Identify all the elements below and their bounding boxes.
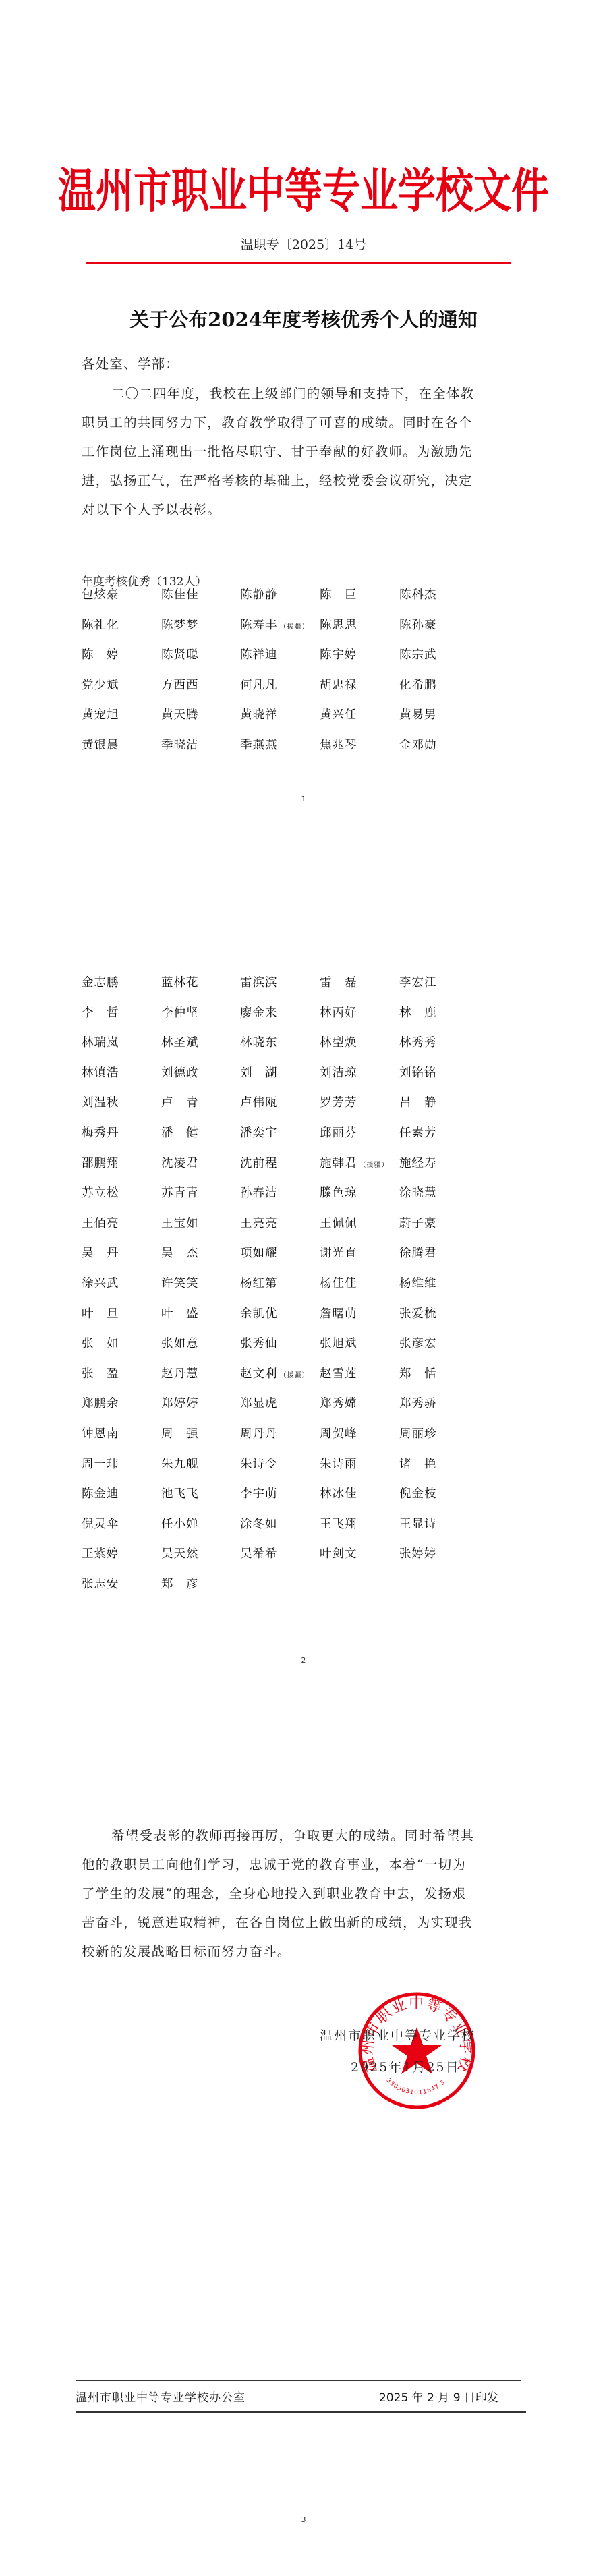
awardee-name: 金志鹏 [82,973,119,990]
page-number: 2 [0,1656,607,1665]
svg-text:3303031011647 3: 3303031011647 3 [385,2077,447,2096]
awardee-name: 邵鹏翔 [82,1154,119,1171]
awardee-name: 何凡凡 [240,676,278,693]
awardee-name: 余凯优 [240,1305,278,1321]
awardee-name: 卢 青 [161,1093,199,1110]
awardee-name: 周贺峰 [320,1425,357,1441]
awardee-name: 张志安 [82,1575,119,1592]
awardee-name: 邱丽芬 [320,1124,357,1141]
awardee-name: 党少斌 [82,676,119,693]
footer-issue-date: 2025 年 2 月 9 日印发 [379,2388,498,2405]
closing-line: 校新的发展战略目标而努力奋斗。 [82,1937,533,1966]
intro-line: 工作岗位上涌现出一批恪尽职守、甘于奉献的好教师。为激励先 [82,437,533,466]
awardee-name: 周一玮 [82,1455,119,1472]
awardee-name: 许笑笑 [161,1274,199,1291]
awardee-name: 苏青青 [161,1184,199,1201]
awardee-name: 潘 健 [161,1124,199,1141]
closing-line: 他的教职员工向他们学习，忠诚于党的教育事业，本着“一切为 [82,1850,533,1879]
awardee-name: 钟恩南 [82,1425,119,1441]
awardee-name: 林秀秀 [399,1033,437,1050]
seal-icon: 温州市职业中等专业学校 3303031011647 3 [356,1990,478,2111]
awardee-name: 潘奕宇 [240,1124,278,1141]
awardee-name: 季燕燕 [240,736,278,753]
awardee-name: 郑鹏余 [82,1394,119,1411]
closing-line: 了学生的发展”的理念，全身心地投入到职业教育中去，发扬艰 [82,1879,533,1908]
awardee-name: 杨佳佳 [320,1274,357,1291]
awardee-name: 朱九舰 [161,1455,199,1472]
awardee-name: 陈贤聪 [161,646,199,662]
awardee-name: 焦兆琴 [320,736,357,753]
awardee-name: 陈 巨 [320,585,357,602]
awardee-name: 郑秀骄 [399,1394,437,1411]
awardee-note: （援疆） [280,1372,310,1379]
closing-line: 苦奋斗，锐意进取精神，在各自岗位上做出新的成绩，为实现我 [82,1908,533,1937]
awardee-name: 施韩君（援疆） [320,1154,389,1171]
intro-line: 进，弘扬正气，在严格考核的基础上，经校党委会议研究，决定 [82,466,533,495]
awardee-name: 张彦宏 [399,1334,437,1351]
awardee-name: 林镇浩 [82,1064,119,1081]
awardee-name: 滕色琼 [320,1184,357,1201]
awardee-name: 陈金迪 [82,1485,119,1501]
awardee-name: 赵文利（援疆） [240,1365,310,1381]
awardee-name: 刘洁琼 [320,1064,357,1081]
awardee-name: 陈礼化 [82,616,119,633]
awardee-name: 涂冬如 [240,1515,278,1532]
awardee-name: 李宏江 [399,973,437,990]
awardee-name: 徐腾君 [399,1244,437,1261]
awardee-name: 季晓洁 [161,736,199,753]
awardee-name: 郑 彦 [161,1575,199,1592]
awardee-name: 张 盈 [82,1365,119,1381]
awardee-name: 李宇萌 [240,1485,278,1501]
awardee-name: 蓝林花 [161,973,199,990]
awardee-name: 陈孙豪 [399,616,437,633]
awardee-note: （援疆） [359,1162,389,1169]
awardee-name: 王紫婷 [82,1545,119,1562]
closing-paragraph: 希望受表彰的教师再接再厉，争取更大的成绩。同时希望其 他的教职员工向他们学习，忠… [82,1821,533,1966]
awardee-name: 王显诗 [399,1515,437,1532]
awardee-name: 杨维维 [399,1274,437,1291]
document-number: 温职专〔2025〕14号 [0,235,607,253]
awardee-name: 黄晓祥 [240,706,278,722]
awardee-name: 王宝如 [161,1214,199,1231]
awardee-name: 詹曙萌 [320,1305,357,1321]
awardee-name: 谢光直 [320,1244,357,1261]
footer-bottom-rule [76,2411,526,2413]
awardee-name: 胡忠禄 [320,676,357,693]
awardee-name: 郑婷婷 [161,1394,199,1411]
awardee-name: 李 哲 [82,1004,119,1021]
awardee-name: 卢伟瓯 [240,1093,278,1110]
awardee-name: 倪灵伞 [82,1515,119,1532]
awardee-name: 叶 旦 [82,1305,119,1321]
awardee-name: 叶 盛 [161,1305,199,1321]
awardee-name: 赵丹慧 [161,1365,199,1381]
awardee-name: 任小婵 [161,1515,199,1532]
footer-top-rule [76,2380,521,2381]
awardee-name: 任素芳 [399,1124,437,1141]
awardee-name: 周 强 [161,1425,199,1441]
awardee-name: 吴天然 [161,1545,199,1562]
awardee-name: 包炫豪 [82,585,119,602]
awardee-name: 沈前程 [240,1154,278,1171]
awardee-name: 陈宗武 [399,646,437,662]
awardee-name: 倪金枝 [399,1485,437,1501]
awardee-name: 赵雪莲 [320,1365,357,1381]
awardee-name: 池飞飞 [161,1485,199,1501]
awardee-name: 林圣斌 [161,1033,199,1050]
awardee-name: 林晓东 [240,1033,278,1050]
awardee-name: 黄易男 [399,706,437,722]
awardee-name: 吴 杰 [161,1244,199,1261]
awardee-name: 张爱梳 [399,1305,437,1321]
footer-issuer: 温州市职业中等专业学校办公室 [76,2388,245,2405]
page-number: 3 [0,2515,607,2524]
awardee-name: 杨红第 [240,1274,278,1291]
awardee-name: 王佩佩 [320,1214,357,1231]
salutation: 各处室、学部： [82,349,533,378]
awardee-name: 林瑞岚 [82,1033,119,1050]
awardee-name: 刘 湖 [240,1064,278,1081]
awardee-name: 朱诗令 [240,1455,278,1472]
awardee-note: （援疆） [280,623,310,631]
awardee-name: 雷滨滨 [240,973,278,990]
awardee-name: 叶剑文 [320,1545,357,1562]
awardee-name: 陈佳佳 [161,585,199,602]
awardee-name: 徐兴武 [82,1274,119,1291]
notice-title: 关于公布2024年度考核优秀个人的通知 [0,305,607,333]
awardee-name: 王飞翔 [320,1515,357,1532]
awardee-name: 苏立松 [82,1184,119,1201]
awardee-name: 张如意 [161,1334,199,1351]
awardee-name: 林冰佳 [320,1485,357,1501]
page-number: 1 [0,795,607,803]
org-document-title: 温州市职业中等专业学校文件 [0,154,607,221]
awardee-name: 张 如 [82,1334,119,1351]
signature-date: 2025年1月25日 [351,2057,460,2076]
awardee-name: 罗芳芳 [320,1093,357,1110]
awardee-name: 黄银晨 [82,736,119,753]
awardee-name: 周丽珍 [399,1425,437,1441]
awardee-name: 陈 婷 [82,646,119,662]
awardee-name: 雷 磊 [320,973,357,990]
awardee-name: 张秀仙 [240,1334,278,1351]
awardee-name: 郑秀嫦 [320,1394,357,1411]
awardee-name: 蔚子豪 [399,1214,437,1231]
awardee-name: 诸 艳 [399,1455,437,1472]
awardee-name: 王佰亮 [82,1214,119,1231]
awardee-name: 方西西 [161,676,199,693]
awardee-name: 陈寿丰（援疆） [240,616,310,633]
awardee-name: 林型焕 [320,1033,357,1050]
awardee-name: 孙春洁 [240,1184,278,1201]
closing-line: 希望受表彰的教师再接再厉，争取更大的成绩。同时希望其 [82,1821,533,1850]
awardee-name: 涂晓慧 [399,1184,437,1201]
awardee-name: 黄宠旭 [82,706,119,722]
awardee-name: 陈祥迪 [240,646,278,662]
awardee-name: 张婷婷 [399,1545,437,1562]
awardee-name: 刘温秋 [82,1093,119,1110]
intro-line: 二〇二四年度，我校在上级部门的领导和支持下，在全体教 [82,379,533,408]
intro-paragraph: 二〇二四年度，我校在上级部门的领导和支持下，在全体教 职员工的共同努力下，教育教… [82,379,533,524]
awardee-name: 李仲坚 [161,1004,199,1021]
awardee-name: 金邓勋 [399,736,437,753]
awardee-name: 王亮亮 [240,1214,278,1231]
awardee-name: 项如耀 [240,1244,278,1261]
awardee-name: 陈静静 [240,585,278,602]
awardee-name: 陈梦梦 [161,616,199,633]
awardee-name: 郑 恬 [399,1365,437,1381]
awardee-name: 施经寿 [399,1154,437,1171]
awardee-name: 黄兴任 [320,706,357,722]
awardee-name: 林 鹿 [399,1004,437,1021]
awardee-name: 化希鹏 [399,676,437,693]
awardee-name: 林丙好 [320,1004,357,1021]
red-divider [86,262,511,264]
awardee-name: 朱诗雨 [320,1455,357,1472]
awardee-name: 张旭斌 [320,1334,357,1351]
awardee-name: 吴 丹 [82,1244,119,1261]
awardee-name: 廖金来 [240,1004,278,1021]
awardee-name: 周丹丹 [240,1425,278,1441]
awardee-name: 陈思思 [320,616,357,633]
awardee-name: 梅秀丹 [82,1124,119,1141]
awardee-name: 陈科杰 [399,585,437,602]
official-seal: 温州市职业中等专业学校 3303031011647 3 [356,1990,478,2111]
intro-line: 职员工的共同努力下，教育教学取得了可喜的成绩。同时在各个 [82,408,533,437]
awardee-name: 吕 静 [399,1093,437,1110]
intro-line: 对以下个人予以表彰。 [82,495,533,524]
awardee-name: 刘铭铭 [399,1064,437,1081]
awardee-name: 吴希希 [240,1545,278,1562]
awardee-name: 沈凌君 [161,1154,199,1171]
awardee-name: 刘德政 [161,1064,199,1081]
awardee-name: 郑显虎 [240,1394,278,1411]
awardee-name: 黄天腾 [161,706,199,722]
signature-org: 温州市职业中等专业学校 [320,2026,475,2044]
awardee-name: 陈宇婷 [320,646,357,662]
